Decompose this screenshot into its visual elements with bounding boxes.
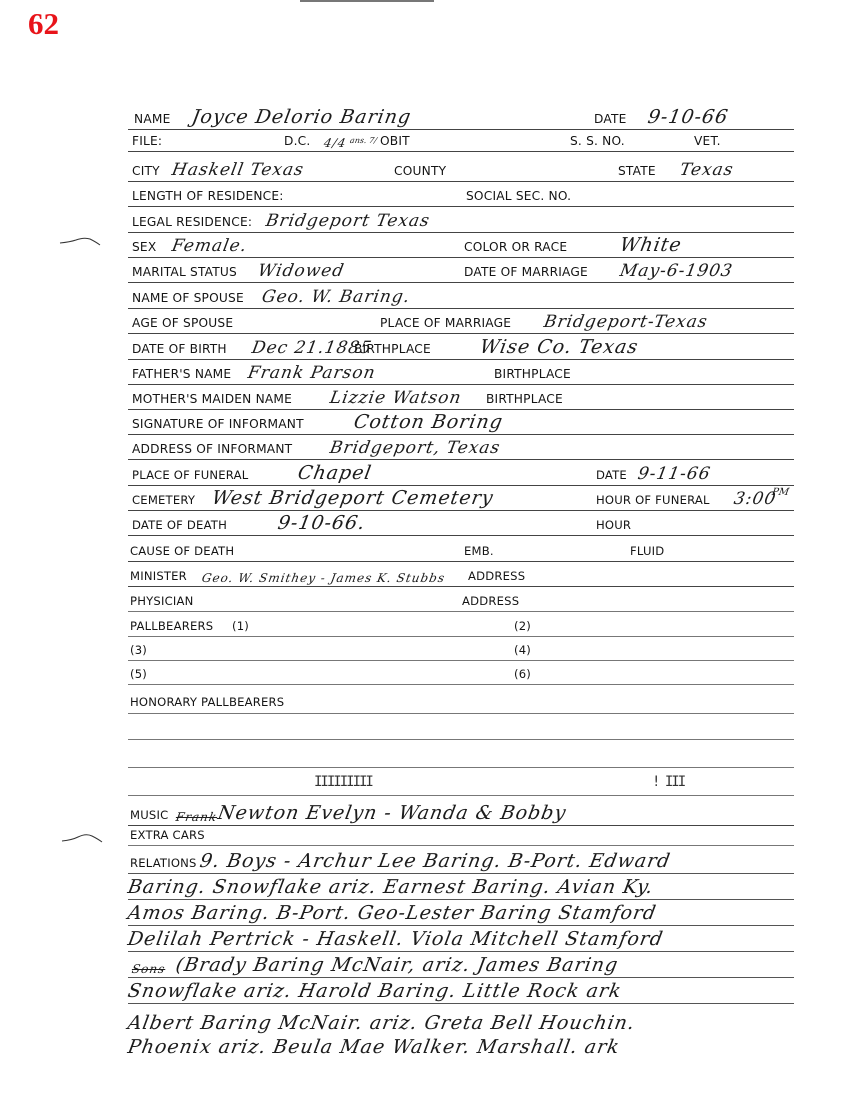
city-label: CITY [132, 164, 160, 178]
sex-value[interactable]: Female. [170, 236, 249, 256]
pallbearers-label: PALLBEARERS [130, 619, 213, 633]
address-of-informant-label: ADDRESS OF INFORMANT [132, 442, 292, 456]
row-file: FILE: D.C. 4/4 ans. 7/ OBIT S. S. NO. VE… [128, 128, 794, 152]
address-of-informant-value[interactable]: Bridgeport, Texas [328, 438, 502, 458]
relations-line: Amos Baring. B-Port. Geo-Lester Baring S… [128, 900, 794, 926]
relations-line-8[interactable]: Phoenix ariz. Beula Mae Walker. Marshall… [126, 1036, 622, 1058]
state-value[interactable]: Texas [678, 160, 735, 180]
obit-label: OBIT [380, 134, 410, 148]
row-cause-of-death: CAUSE OF DEATH EMB. FLUID [128, 536, 794, 562]
top-rule [300, 0, 434, 2]
extra-cars-label: EXTRA CARS [130, 828, 205, 842]
signature-of-informant-label: SIGNATURE OF INFORMANT [132, 417, 304, 431]
fluid-label: FLUID [630, 544, 664, 558]
file-label: FILE: [132, 134, 162, 148]
age-of-spouse-label: AGE OF SPOUSE [132, 316, 233, 330]
birthplace-label: BIRTHPLACE [354, 342, 431, 356]
honorary-blank-line[interactable] [128, 714, 794, 740]
row-date-of-birth: DATE OF BIRTH Dec 21.1885 BIRTHPLACE Wis… [128, 334, 794, 360]
funeral-date-label: DATE [596, 468, 627, 482]
row-physician: PHYSICIAN ADDRESS [128, 586, 794, 612]
relations-line-6[interactable]: Snowflake ariz. Harold Baring. Little Ro… [126, 980, 623, 1002]
physician-address-label: ADDRESS [462, 594, 519, 608]
birthplace-value[interactable]: Wise Co. Texas [478, 336, 640, 358]
legal-residence-value[interactable]: Bridgeport Texas [264, 211, 431, 231]
father-birthplace-label: BIRTHPLACE [494, 367, 571, 381]
marital-status-label: MARITAL STATUS [132, 265, 237, 279]
music-label: MUSIC [130, 808, 168, 822]
legal-residence-label: LEGAL RESIDENCE: [132, 215, 252, 229]
date-label: DATE [594, 112, 627, 126]
row-address-of-informant: ADDRESS OF INFORMANT Bridgeport, Texas [128, 434, 794, 460]
tally-marks-right: ! III [652, 774, 684, 790]
relations-overflow-line: Albert Baring McNair. ariz. Greta Bell H… [128, 1008, 794, 1034]
pallbearer-slot-1[interactable]: (1) [232, 619, 249, 633]
color-or-race-label: COLOR OR RACE [464, 240, 567, 254]
pallbearer-slot-5[interactable]: (5) [130, 667, 147, 681]
pallbearer-slot-6[interactable]: (6) [514, 667, 531, 681]
color-or-race-value[interactable]: White [618, 234, 684, 256]
minister-address-label: ADDRESS [468, 569, 525, 583]
cemetery-label: CEMETERY [132, 493, 195, 507]
row-name-of-spouse: NAME OF SPOUSE Geo. W. Baring. [128, 283, 794, 309]
relations-line-7[interactable]: Albert Baring McNair. ariz. Greta Bell H… [126, 1012, 637, 1034]
tally-marks-left: IIIIIIIII [314, 774, 372, 790]
place-of-marriage-label: PLACE OF MARRIAGE [380, 316, 511, 330]
hour-label: HOUR [596, 518, 631, 532]
mother-birthplace-label: BIRTHPLACE [486, 392, 563, 406]
relations-line: RELATIONS 9. Boys - Archur Lee Baring. B… [128, 848, 794, 874]
name-of-spouse-label: NAME OF SPOUSE [132, 291, 244, 305]
row-mothers-maiden-name: MOTHER'S MAIDEN NAME Lizzie Watson BIRTH… [128, 384, 794, 410]
music-value[interactable]: Newton Evelyn - Wanda & Bobby [216, 802, 568, 824]
state-label: STATE [618, 164, 656, 178]
vet-label: VET. [694, 134, 721, 148]
pallbearer-slot-4[interactable]: (4) [514, 643, 531, 657]
social-sec-no-label: SOCIAL SEC. NO. [466, 189, 571, 203]
relations-overflow-line: Phoenix ariz. Beula Mae Walker. Marshall… [128, 1032, 794, 1058]
row-pallbearers-1-2: PALLBEARERS (1) (2) [128, 611, 794, 637]
relations-line: Snowflake ariz. Harold Baring. Little Ro… [128, 978, 794, 1004]
date-of-birth-label: DATE OF BIRTH [132, 342, 227, 356]
emb-label: EMB. [464, 544, 494, 558]
fathers-name-value[interactable]: Frank Parson [246, 363, 377, 383]
date-of-marriage-value[interactable]: May-6-1903 [618, 261, 734, 281]
minister-label: MINISTER [130, 569, 187, 583]
row-place-of-funeral: PLACE OF FUNERAL Chapel DATE 9-11-66 [128, 460, 794, 486]
margin-mark-icon [60, 830, 104, 844]
dc-note: ans. 7/ [349, 136, 377, 145]
ss-no-label: S. S. NO. [570, 134, 625, 148]
row-sex: SEX Female. COLOR OR RACE White [128, 232, 794, 258]
length-of-residence-label: LENGTH OF RESIDENCE: [132, 189, 284, 203]
row-legal-residence: LEGAL RESIDENCE: Bridgeport Texas [128, 207, 794, 233]
minister-value[interactable]: Geo. W. Smithey - James K. Stubbs [201, 571, 447, 585]
mothers-maiden-name-value[interactable]: Lizzie Watson [328, 388, 463, 408]
relations-struck-word: Sons [131, 962, 167, 976]
date-of-death-value[interactable]: 9-10-66. [276, 512, 367, 534]
funeral-date-value[interactable]: 9-11-66 [636, 464, 712, 484]
date-value[interactable]: 9-10-66 [646, 106, 730, 128]
margin-mark-icon [58, 234, 102, 248]
marital-status-value[interactable]: Widowed [256, 261, 346, 281]
dc-value[interactable]: 4/4 [323, 136, 348, 150]
row-name: NAME Joyce Delorio Baring DATE 9-10-66 [128, 104, 794, 130]
date-of-marriage-label: DATE OF MARRIAGE [464, 265, 588, 279]
fathers-name-label: FATHER'S NAME [132, 367, 231, 381]
row-pallbearers-5-6: (5) (6) [128, 659, 794, 685]
honorary-pallbearers-label: HONORARY PALLBEARERS [130, 695, 284, 709]
relations-line: Baring. Snowflake ariz. Earnest Baring. … [128, 874, 794, 900]
honorary-blank-line[interactable] [128, 770, 794, 796]
hour-of-funeral-suffix: PM [771, 487, 790, 498]
name-value[interactable]: Joyce Delorio Baring [190, 106, 413, 128]
cause-of-death-label: CAUSE OF DEATH [130, 544, 234, 558]
relations-line: Delilah Pertrick - Haskell. Viola Mitche… [128, 926, 794, 952]
county-label: COUNTY [394, 164, 446, 178]
relations-line-4[interactable]: Delilah Pertrick - Haskell. Viola Mitche… [126, 928, 665, 950]
signature-of-informant-value[interactable]: Cotton Boring [352, 411, 505, 433]
date-of-death-label: DATE OF DEATH [132, 518, 227, 532]
row-date-of-death: DATE OF DEATH 9-10-66. HOUR [128, 510, 794, 536]
pallbearer-slot-2[interactable]: (2) [514, 619, 531, 633]
name-of-spouse-value[interactable]: Geo. W. Baring. [260, 287, 412, 307]
mothers-maiden-name-label: MOTHER'S MAIDEN NAME [132, 392, 292, 406]
honorary-blank-line[interactable] [128, 742, 794, 768]
relations-line-3[interactable]: Amos Baring. B-Port. Geo-Lester Baring S… [126, 902, 658, 924]
city-value[interactable]: Haskell Texas [170, 160, 305, 180]
row-marital-status: MARITAL STATUS Widowed DATE OF MARRIAGE … [128, 257, 794, 283]
row-residence-length: LENGTH OF RESIDENCE: SOCIAL SEC. NO. [128, 181, 794, 207]
name-label: NAME [134, 112, 170, 126]
row-fathers-name: FATHER'S NAME Frank Parson BIRTHPLACE [128, 359, 794, 385]
row-cemetery: CEMETERY West Bridgeport Cemetery HOUR O… [128, 485, 794, 511]
row-honorary-pallbearers: HONORARY PALLBEARERS [128, 688, 794, 714]
page-number: 62 [28, 6, 59, 42]
relations-line-1[interactable]: 9. Boys - Archur Lee Baring. B-Port. Edw… [198, 850, 672, 872]
cemetery-value[interactable]: West Bridgeport Cemetery [210, 487, 495, 509]
row-minister: MINISTER Geo. W. Smithey - James K. Stub… [128, 561, 794, 587]
place-of-marriage-value[interactable]: Bridgeport-Texas [542, 312, 709, 332]
sex-label: SEX [132, 240, 156, 254]
relations-line-5[interactable]: (Brady Baring McNair, ariz. James Baring [174, 954, 620, 976]
place-of-funeral-label: PLACE OF FUNERAL [132, 468, 248, 482]
place-of-funeral-value[interactable]: Chapel [296, 462, 373, 484]
relations-line-2[interactable]: Baring. Snowflake ariz. Earnest Baring. … [126, 876, 655, 898]
row-city: CITY Haskell Texas COUNTY STATE Texas [128, 156, 794, 182]
row-signature-of-informant: SIGNATURE OF INFORMANT Cotton Boring [128, 409, 794, 435]
dc-label: D.C. [284, 134, 310, 148]
row-age-of-spouse: AGE OF SPOUSE PLACE OF MARRIAGE Bridgepo… [128, 308, 794, 334]
relations-label: RELATIONS [130, 856, 197, 870]
row-pallbearers-3-4: (3) (4) [128, 635, 794, 661]
relations-line: Sons (Brady Baring McNair, ariz. James B… [128, 952, 794, 978]
pallbearer-slot-3[interactable]: (3) [130, 643, 147, 657]
physician-label: PHYSICIAN [130, 594, 194, 608]
row-extra-cars: EXTRA CARS [128, 822, 794, 846]
hour-of-funeral-label: HOUR OF FUNERAL [596, 493, 710, 507]
